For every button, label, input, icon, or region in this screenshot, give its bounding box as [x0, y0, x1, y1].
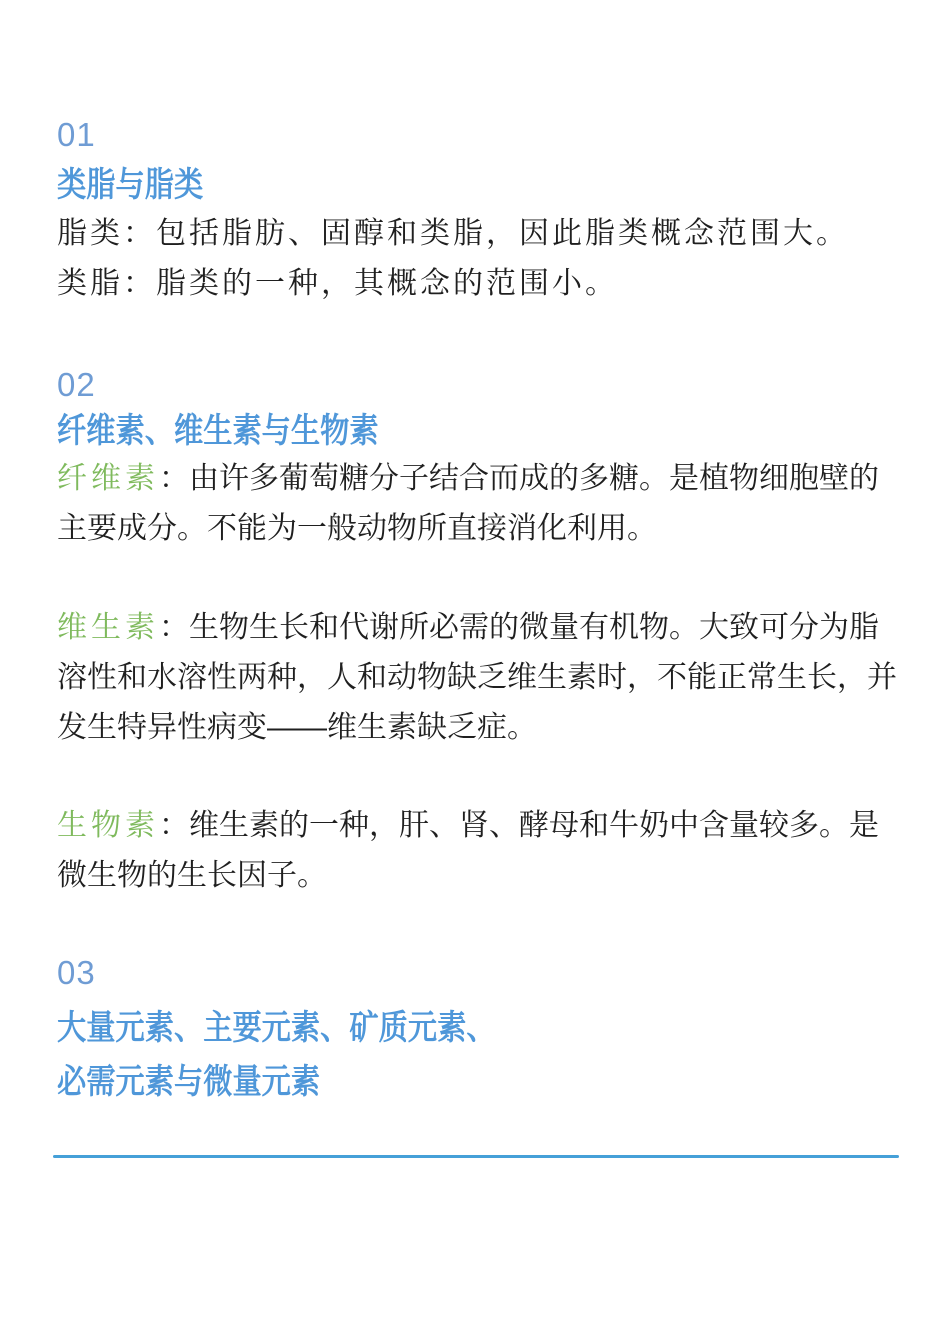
- term-cellulose: 纤维素: [57, 462, 159, 495]
- section-heading: 类脂与脂类: [57, 165, 781, 206]
- section-02: 02 纤维素、维生素与生物素 纤维素：由许多葡萄糖分子结合而成的多糖。是植物细胞…: [57, 368, 899, 901]
- paragraph-lipids: 脂类：包括脂肪、固醇和类脂，因此脂类概念范围大。: [57, 209, 899, 259]
- section-number: 01: [57, 118, 899, 151]
- section-number: 02: [57, 368, 899, 401]
- section-number: 03: [57, 956, 899, 989]
- paragraph-vitamin: 维生素：生物生长和代谢所必需的微量有机物。大致可分为脂溶性和水溶性两种，人和动物…: [57, 603, 899, 753]
- paragraph-biotin: 生物素：维生素的一种，肝、肾、酵母和牛奶中含量较多。是微生物的生长因子。: [57, 801, 899, 901]
- document-page: 01 类脂与脂类 脂类：包括脂肪、固醇和类脂，因此脂类概念范围大。 类脂：脂类的…: [0, 0, 942, 1333]
- section-heading-line2: 必需元素与微量元素: [57, 1055, 781, 1109]
- paragraph-cellulose: 纤维素：由许多葡萄糖分子结合而成的多糖。是植物细胞壁的主要成分。不能为一般动物所…: [57, 454, 899, 554]
- term-biotin: 生物素: [57, 809, 159, 842]
- section-01: 01 类脂与脂类 脂类：包括脂肪、固醇和类脂，因此脂类概念范围大。 类脂：脂类的…: [57, 118, 899, 309]
- section-03: 03 大量元素、主要元素、矿质元素、 必需元素与微量元素: [57, 956, 899, 1109]
- section-heading: 纤维素、维生素与生物素: [57, 411, 781, 452]
- paragraph-text: ：维生素的一种，肝、肾、酵母和牛奶中含量较多。是微生物的生长因子。: [57, 809, 879, 892]
- paragraph-text: ：由许多葡萄糖分子结合而成的多糖。是植物细胞壁的主要成分。不能为一般动物所直接消…: [57, 462, 879, 545]
- paragraph-lipoids: 类脂：脂类的一种，其概念的范围小。: [57, 259, 899, 309]
- section-heading: 大量元素、主要元素、矿质元素、 必需元素与微量元素: [57, 1001, 781, 1109]
- paragraph-text: 类脂：脂类的一种，其概念的范围小。: [57, 267, 618, 300]
- section-heading-line1: 大量元素、主要元素、矿质元素、: [57, 1001, 781, 1055]
- term-vitamin: 维生素: [57, 611, 159, 644]
- section-divider: [53, 1155, 899, 1158]
- paragraph-text: 脂类：包括脂肪、固醇和类脂，因此脂类概念范围大。: [57, 217, 849, 250]
- paragraph-text: ：生物生长和代谢所必需的微量有机物。大致可分为脂溶性和水溶性两种，人和动物缺乏维…: [57, 611, 897, 744]
